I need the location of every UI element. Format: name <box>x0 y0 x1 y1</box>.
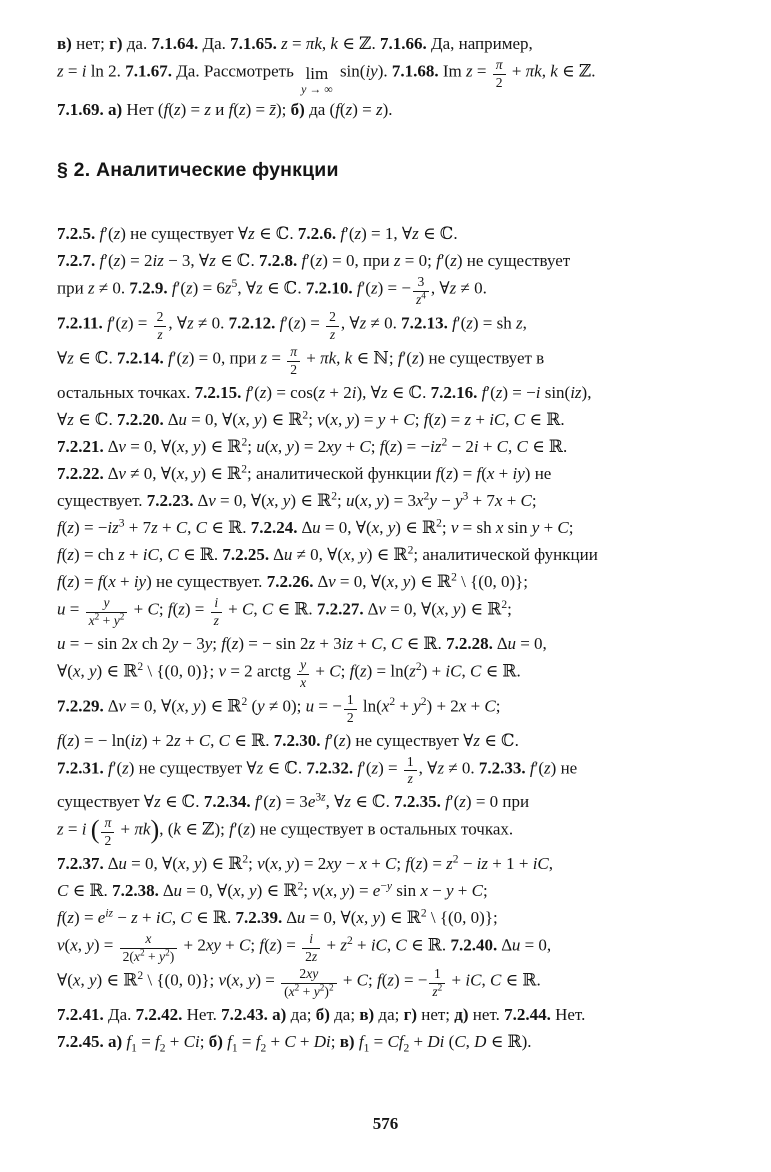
page-number: 576 <box>0 1114 771 1134</box>
fraction: x2(x2 + y2) <box>120 931 178 966</box>
text-line: z = i (π2 + πk), (k ∈ ℤ); f′(z) не сущес… <box>57 815 717 850</box>
fraction: iz <box>211 595 222 630</box>
text-line: f(z) = − ln(iz) + 2z + C, C ∈ ℝ. 7.2.30.… <box>57 727 717 754</box>
text-line: 7.2.45. а) f1 = f2 + Ci; б) f1 = f2 + C … <box>57 1028 717 1055</box>
fraction: 12 <box>344 692 357 727</box>
fraction: yx2 + y2 <box>86 595 128 630</box>
text-line: 7.2.22. ∆v ≠ 0, ∀(x, y) ∈ ℝ2; аналитичес… <box>57 460 717 487</box>
text-line: 7.2.5. f′(z) не существует ∀z ∈ ℂ. 7.2.6… <box>57 220 717 247</box>
answers-section1-tail-paragraph: в) нет; г) да. 7.1.64. Да. 7.1.65. z = π… <box>57 30 717 123</box>
text-line: 7.2.21. ∆v = 0, ∀(x, y) ∈ ℝ2; u(x, y) = … <box>57 433 717 460</box>
text-line: 7.2.37. ∆u = 0, ∀(x, y) ∈ ℝ2; v(x, y) = … <box>57 850 717 877</box>
text-line: 7.2.31. f′(z) не существует ∀z ∈ ℂ. 7.2.… <box>57 754 717 789</box>
text-line: остальных точках. 7.2.15. f′(z) = cos(z … <box>57 379 717 406</box>
text-line: z = i ln 2. 7.1.67. Да. Рассмотреть limy… <box>57 57 717 96</box>
fraction: π2 <box>493 57 506 92</box>
text-line: 7.2.7. f′(z) = 2iz − 3, ∀z ∈ ℂ. 7.2.8. f… <box>57 247 717 274</box>
text-line: ∀(x, y) ∈ ℝ2 \ {(0, 0)}; v = 2 arctg yx … <box>57 657 717 692</box>
text-line: C ∈ ℝ. 7.2.38. ∆u = 0, ∀(x, y) ∈ ℝ2; v(x… <box>57 877 717 904</box>
text-line: 7.2.29. ∆v = 0, ∀(x, y) ∈ ℝ2 (y ≠ 0); u … <box>57 692 717 727</box>
text-line: ∀z ∈ ℂ. 7.2.20. ∆u = 0, ∀(x, y) ∈ ℝ2; v(… <box>57 406 717 433</box>
fraction: 1z2 <box>429 966 445 1001</box>
text-line: в) нет; г) да. 7.1.64. Да. 7.1.65. z = π… <box>57 30 717 57</box>
fraction: π2 <box>101 815 114 850</box>
big-paren: ) <box>150 815 159 844</box>
limit-understack: limy → ∞ <box>301 65 333 96</box>
text-line: f(z) = ch z + iC, C ∈ ℝ. 7.2.25. ∆u ≠ 0,… <box>57 541 717 568</box>
fraction: i2z <box>302 931 320 966</box>
fraction: yx <box>297 657 309 692</box>
text-line: 7.1.69. а) Нет (f(z) = z и f(z) = z̄); б… <box>57 96 717 123</box>
text-line: существует. 7.2.23. ∆v = 0, ∀(x, y) ∈ ℝ2… <box>57 487 717 514</box>
text-line: 7.2.41. Да. 7.2.42. Нет. 7.2.43. а) да; … <box>57 1001 717 1028</box>
fraction: 2xy(x2 + y2)2 <box>281 966 337 1001</box>
text-line: u = − sin 2x ch 2y − 3y; f(z) = − sin 2z… <box>57 630 717 657</box>
text-line: ∀z ∈ ℂ. 7.2.14. f′(z) = 0, при z = π2 + … <box>57 344 717 379</box>
fraction: 2z <box>326 309 339 344</box>
text-line: при z ≠ 0. 7.2.9. f′(z) = 6z5, ∀z ∈ ℂ. 7… <box>57 274 717 309</box>
fraction: π2 <box>287 344 300 379</box>
text-line: f(z) = eiz − z + iC, C ∈ ℝ. 7.2.39. ∆u =… <box>57 904 717 931</box>
text-line: f(z) = f(x + iy) не существует. 7.2.26. … <box>57 568 717 595</box>
fraction: 3z4 <box>413 274 429 309</box>
fraction: 1z <box>404 754 417 789</box>
textbook-answers-page: в) нет; г) да. 7.1.64. Да. 7.1.65. z = π… <box>0 0 771 1172</box>
big-paren: ( <box>91 815 100 844</box>
text-line: 7.2.11. f′(z) = 2z, ∀z ≠ 0. 7.2.12. f′(z… <box>57 309 717 344</box>
text-line: f(z) = −iz3 + 7z + C, C ∈ ℝ. 7.2.24. ∆u … <box>57 514 717 541</box>
section-heading: § 2. Аналитические функции <box>57 159 717 182</box>
answers-section2-paragraph: 7.2.5. f′(z) не существует ∀z ∈ ℂ. 7.2.6… <box>57 220 717 1056</box>
text-line: u = yx2 + y2 + C; f(z) = iz + C, C ∈ ℝ. … <box>57 595 717 630</box>
text-line: ∀(x, y) ∈ ℝ2 \ {(0, 0)}; v(x, y) = 2xy(x… <box>57 966 717 1001</box>
text-line: существует ∀z ∈ ℂ. 7.2.34. f′(z) = 3e3z,… <box>57 788 717 815</box>
fraction: 2z <box>154 309 167 344</box>
text-line: v(x, y) = x2(x2 + y2) + 2xy + C; f(z) = … <box>57 931 717 966</box>
